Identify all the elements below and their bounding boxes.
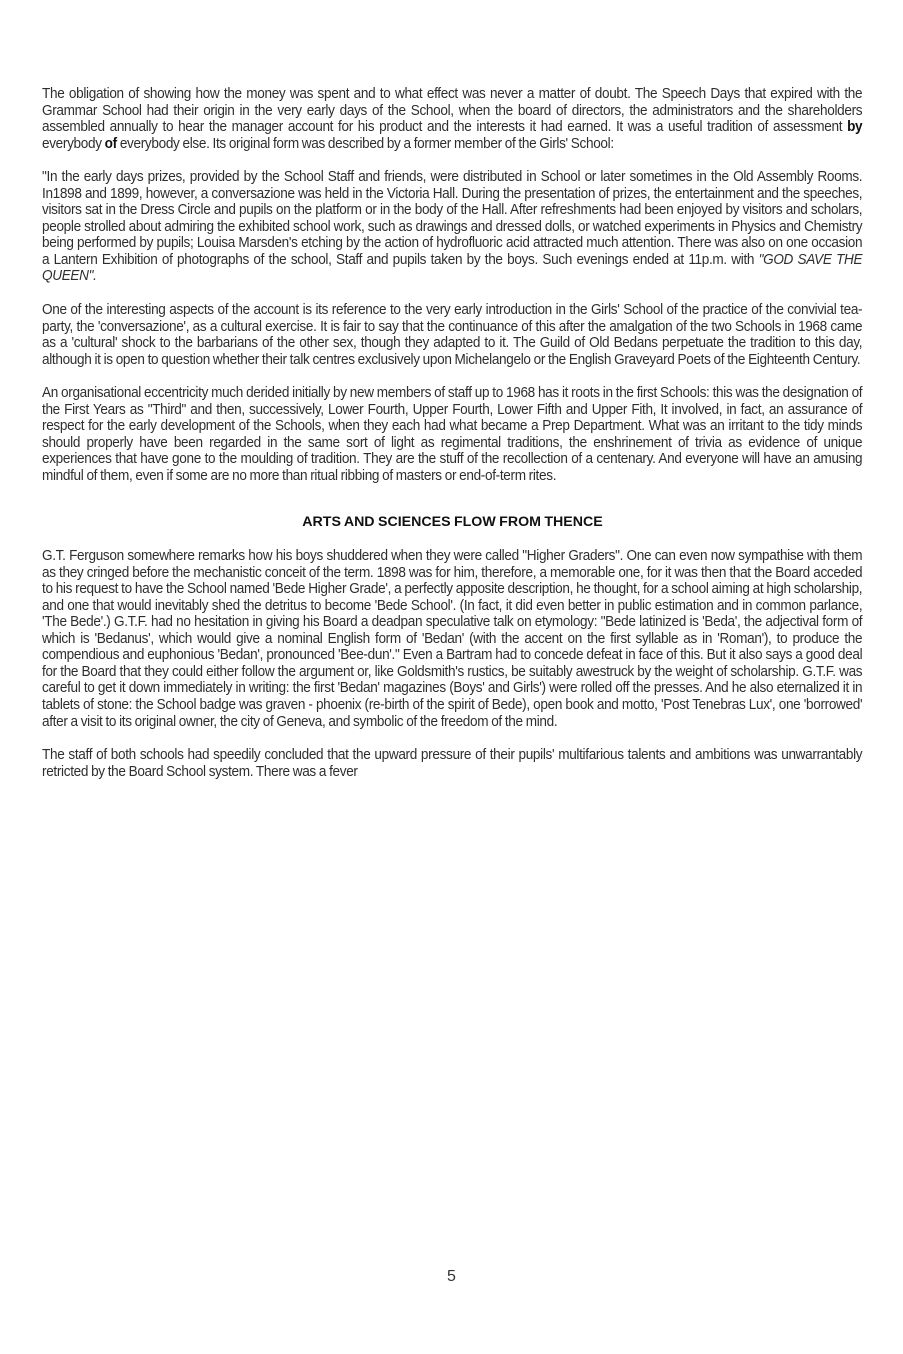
text-line: to hear the manager account for his prod… — [163, 119, 753, 135]
text-run: "In the early days prizes, provided by t… — [42, 169, 862, 268]
text-run: of assessment — [757, 119, 847, 135]
text-run: everybody — [42, 136, 105, 152]
paragraph-quotation-prizes: "In the early days prizes, provided by t… — [42, 169, 862, 285]
document-page: The obligation of showing how the money … — [42, 86, 863, 797]
paragraph-speech-days: The obligation of showing how the money … — [42, 86, 862, 152]
section-heading: ARTS AND SCIENCES FLOW FROM THENCE — [42, 514, 863, 531]
bold-emphasis: by — [847, 119, 862, 135]
bold-emphasis: of — [105, 136, 117, 152]
paragraph-staff: The staff of both schools had speedily c… — [42, 747, 862, 780]
text-line: of the Girls' School: — [505, 136, 614, 152]
text-line: The obligation of showing how the money … — [42, 86, 631, 102]
text-run: everybody else. Its original form was de… — [117, 136, 502, 152]
page-number: 5 — [0, 1268, 903, 1286]
paragraph-ferguson: G.T. Ferguson somewhere remarks how his … — [42, 548, 862, 730]
paragraph-conversazione: One of the interesting aspects of the ac… — [42, 302, 862, 368]
paragraph-eccentricity: An organisational eccentricity much deri… — [42, 385, 862, 484]
